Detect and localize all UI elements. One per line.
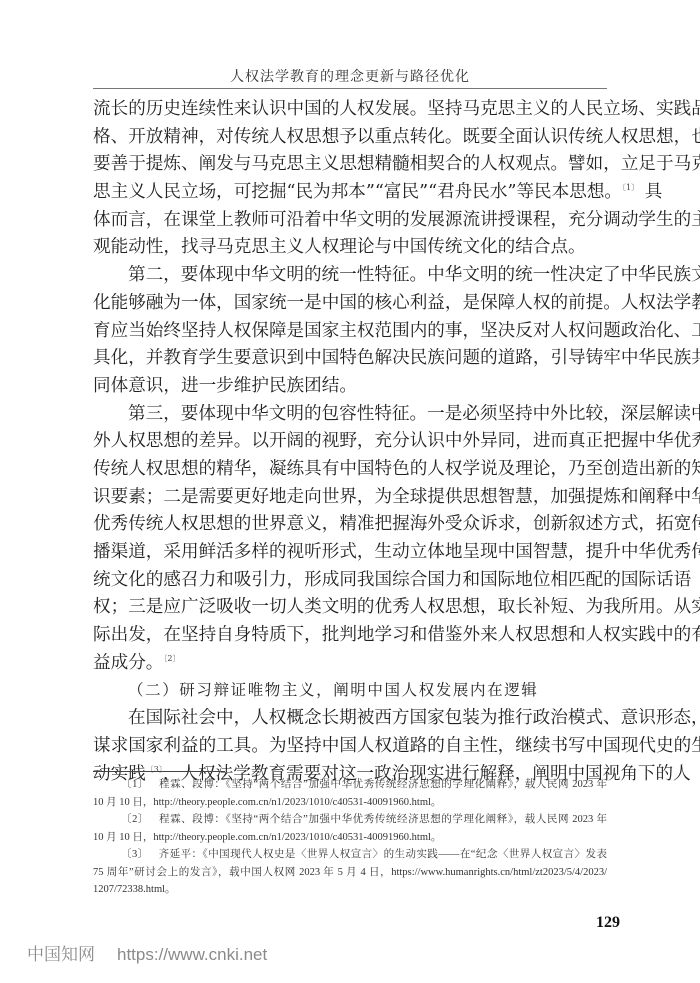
body-line-7: 第二，要体现中华文明的统一性特征。中华文明的统一性决定了中华民族文 xyxy=(93,262,607,290)
body-line-12: 第三，要体现中华文明的包容性特征。一是必须坚持中外比较，深层解读中 xyxy=(93,401,607,429)
body-text: 流长的历史连续性来认识中国的人权发展。坚持马克思主义的人民立场、实践品 格、开放… xyxy=(93,96,607,788)
body-line-15: 识要素；二是需要更好地走向世界，为全球提供思想智慧，加强提炼和阐释中华 xyxy=(93,484,607,512)
line-text: 育应当始终坚持人权保障是国家主权范围内的事，坚决反对人权问题政治化、工 xyxy=(93,321,700,341)
line-text: 益成分。 xyxy=(93,653,163,673)
body-line-5: 体而言，在课堂上教师可沿着中华文明的发展源流讲授课程，充分调动学生的主 xyxy=(93,207,607,235)
body-line-20: 际出发，在坚持自身特质下，批判地学习和借鉴外来人权思想和人权实践中的有 xyxy=(93,622,607,650)
body-line-3: 要善于提炼、阐发与马克思主义思想精髓相契合的人权观点。譬如，立足于马克 xyxy=(93,151,607,179)
footnote-3-number: 〔3〕 xyxy=(121,849,149,860)
body-line-9: 育应当始终坚持人权保障是国家主权范围内的事，坚决反对人权问题政治化、工 xyxy=(93,318,607,346)
footnote-ref-1[interactable]: 〔1〕 xyxy=(622,183,639,192)
body-line-14: 传统人权思想的精华，凝练具有中国特色的人权学说及理论，乃至创造出新的知 xyxy=(93,456,607,484)
watermark-url[interactable]: https://www.cnki.net xyxy=(117,945,267,964)
footnote-3-link-end[interactable]: 1207/72338.html。 xyxy=(93,884,176,895)
footnote-3-line-2: 75 周年”研讨会上的发言》，载中国人权网 2023 年 5 月 4 日，htt… xyxy=(93,864,607,882)
body-line-13: 外人权思想的差异。以开阔的视野，充分认识中外异同，进而真正把握中华优秀 xyxy=(93,428,607,456)
watermark-name: 中国知网 xyxy=(27,945,95,964)
footnote-3-line-3: 1207/72338.html。 xyxy=(93,881,607,899)
running-header-title: 人权法学教育的理念更新与路径优化 xyxy=(93,66,607,86)
page-number: 129 xyxy=(596,914,620,932)
footnote-3-text-cont[interactable]: 75 周年”研讨会上的发言》，载中国人权网 2023 年 5 月 4 日，htt… xyxy=(93,867,607,878)
line-text: 传统人权思想的精华，凝练具有中国特色的人权学说及理论，乃至创造出新的知 xyxy=(93,459,700,479)
line-text: 第三，要体现中华文明的包容性特征。一是必须坚持中外比较，深层解读中 xyxy=(128,404,700,424)
footnote-2-text: 程霖、段博：《坚持“两个结合”加强中华优秀传统经济思想的学理化阐释》，载人民网 … xyxy=(159,814,607,825)
footnote-2-line-1: 〔2〕程霖、段博：《坚持“两个结合”加强中华优秀传统经济思想的学理化阐释》，载人… xyxy=(93,811,607,829)
cnki-watermark: 中国知网https://www.cnki.net xyxy=(27,940,267,965)
line-text: 在国际社会中，人权概念长期被西方国家包装为推行政治模式、意识形态， xyxy=(128,708,700,728)
footnote-2-number: 〔2〕 xyxy=(121,814,149,825)
body-line-6: 观能动性，找寻马克思主义人权理论与中国传统文化的结合点。 xyxy=(93,234,607,262)
line-text: 权；三是应广泛吸收一切人类文明的优秀人权思想，取长补短、为我所用。从实 xyxy=(93,597,700,617)
footnote-2-line-2: 10 月 10 日，http://theory.people.com.cn/n1… xyxy=(93,829,607,847)
line-text: 外人权思想的差异。以开阔的视野，充分认识中外异同，进而真正把握中华优秀 xyxy=(93,431,700,451)
line-text: 谋求国家利益的工具。为坚持中国人权道路的自主性，继续书写中国现代史的生 xyxy=(93,736,700,756)
body-line-18: 统文化的感召力和吸引力，形成同我国综合国力和国际地位相匹配的国际话语 xyxy=(93,567,607,595)
line-text: 观能动性，找寻马克思主义人权理论与中国传统文化的结合点。 xyxy=(93,237,586,257)
footnote-1-line-1: 〔1〕程霖、段博：《坚持“两个结合”加强中华优秀传统经济思想的学理化阐释》，载人… xyxy=(93,776,607,794)
footnote-rule xyxy=(93,771,225,772)
body-line-16: 优秀传统人权思想的世界意义，精准把握海外受众诉求，创新叙述方式，拓宽传 xyxy=(93,511,607,539)
footnote-3-text: 齐延平：《中国现代人权史是〈世界人权宣言〉的生动实践——在“纪念〈世界人权宣言〉… xyxy=(159,849,607,860)
footnote-1-link[interactable]: 10 月 10 日，http://theory.people.com.cn/n1… xyxy=(93,797,441,808)
body-line-1: 流长的历史连续性来认识中国的人权发展。坚持马克思主义的人民立场、实践品 xyxy=(93,96,607,124)
body-line-2: 格、开放精神，对传统人权思想予以重点转化。既要全面认识传统人权思想，也 xyxy=(93,124,607,152)
footnote-ref-2[interactable]: 〔2〕 xyxy=(163,654,180,663)
body-line-8: 化能够融为一体，国家统一是中国的核心利益，是保障人权的前提。人权法学教 xyxy=(93,290,607,318)
line-text: 具化，并教育学生要意识到中国特色解决民族问题的道路，引导铸牢中华民族共 xyxy=(93,348,700,368)
line-text: 体而言，在课堂上教师可沿着中华文明的发展源流讲授课程，充分调动学生的主 xyxy=(93,210,700,230)
header-rule xyxy=(93,88,607,89)
footnote-1-number: 〔1〕 xyxy=(121,779,149,790)
line-text: 流长的历史连续性来认识中国的人权发展。坚持马克思主义的人民立场、实践品 xyxy=(93,99,700,119)
body-line-19: 权；三是应广泛吸收一切人类文明的优秀人权思想，取长补短、为我所用。从实 xyxy=(93,594,607,622)
line-text: 思主义人民立场，可挖掘“民为邦本”“富民”“君舟民水”等民本思想。 xyxy=(93,182,622,202)
line-text: 统文化的感召力和吸引力，形成同我国综合国力和国际地位相匹配的国际话语 xyxy=(93,570,691,590)
body-line-23: 在国际社会中，人权概念长期被西方国家包装为推行政治模式、意识形态， xyxy=(93,705,607,733)
line-text: 优秀传统人权思想的世界意义，精准把握海外受众诉求，创新叙述方式，拓宽传 xyxy=(93,514,700,534)
footnotes: 〔1〕程霖、段博：《坚持“两个结合”加强中华优秀传统经济思想的学理化阐释》，载人… xyxy=(93,776,607,899)
line-text: 播渠道，采用鲜活多样的视听形式，生动立体地呈现中国智慧，提升中华优秀传 xyxy=(93,542,700,562)
body-line-11: 同体意识，进一步维护民族团结。 xyxy=(93,373,607,401)
line-text-after: 具 xyxy=(639,182,662,202)
line-text: 化能够融为一体，国家统一是中国的核心利益，是保障人权的前提。人权法学教 xyxy=(93,293,700,313)
body-line-24: 谋求国家利益的工具。为坚持中国人权道路的自主性，继续书写中国现代史的生 xyxy=(93,733,607,761)
body-line-17: 播渠道，采用鲜活多样的视听形式，生动立体地呈现中国智慧，提升中华优秀传 xyxy=(93,539,607,567)
line-text: 识要素；二是需要更好地走向世界，为全球提供思想智慧，加强提炼和阐释中华 xyxy=(93,487,700,507)
section-heading-text: （二）研习辩证唯物主义，阐明中国人权发展内在逻辑 xyxy=(128,681,538,699)
footnote-2-link[interactable]: 10 月 10 日，http://theory.people.com.cn/n1… xyxy=(93,832,441,843)
footnote-ref-3[interactable]: 〔3〕 xyxy=(146,765,163,774)
body-line-21: 益成分。〔2〕 xyxy=(93,650,607,678)
line-text: 际出发，在坚持自身特质下，批判地学习和借鉴外来人权思想和人权实践中的有 xyxy=(93,625,700,645)
line-text: 第二，要体现中华文明的统一性特征。中华文明的统一性决定了中华民族文 xyxy=(128,265,700,285)
line-text: 要善于提炼、阐发与马克思主义思想精髓相契合的人权观点。譬如，立足于马克 xyxy=(93,154,700,174)
footnote-1-text: 程霖、段博：《坚持“两个结合”加强中华优秀传统经济思想的学理化阐释》，载人民网 … xyxy=(159,779,607,790)
body-line-10: 具化，并教育学生要意识到中国特色解决民族问题的道路，引导铸牢中华民族共 xyxy=(93,345,607,373)
footnote-1-line-2: 10 月 10 日，http://theory.people.com.cn/n1… xyxy=(93,794,607,812)
section-heading: （二）研习辩证唯物主义，阐明中国人权发展内在逻辑 xyxy=(93,677,607,705)
body-line-4: 思主义人民立场，可挖掘“民为邦本”“富民”“君舟民水”等民本思想。〔1〕 具 xyxy=(93,179,607,207)
line-text: 同体意识，进一步维护民族团结。 xyxy=(93,376,357,396)
footnote-3-line-1: 〔3〕齐延平：《中国现代人权史是〈世界人权宣言〉的生动实践——在“纪念〈世界人权… xyxy=(93,846,607,864)
line-text: 格、开放精神，对传统人权思想予以重点转化。既要全面认识传统人权思想，也 xyxy=(93,127,700,147)
